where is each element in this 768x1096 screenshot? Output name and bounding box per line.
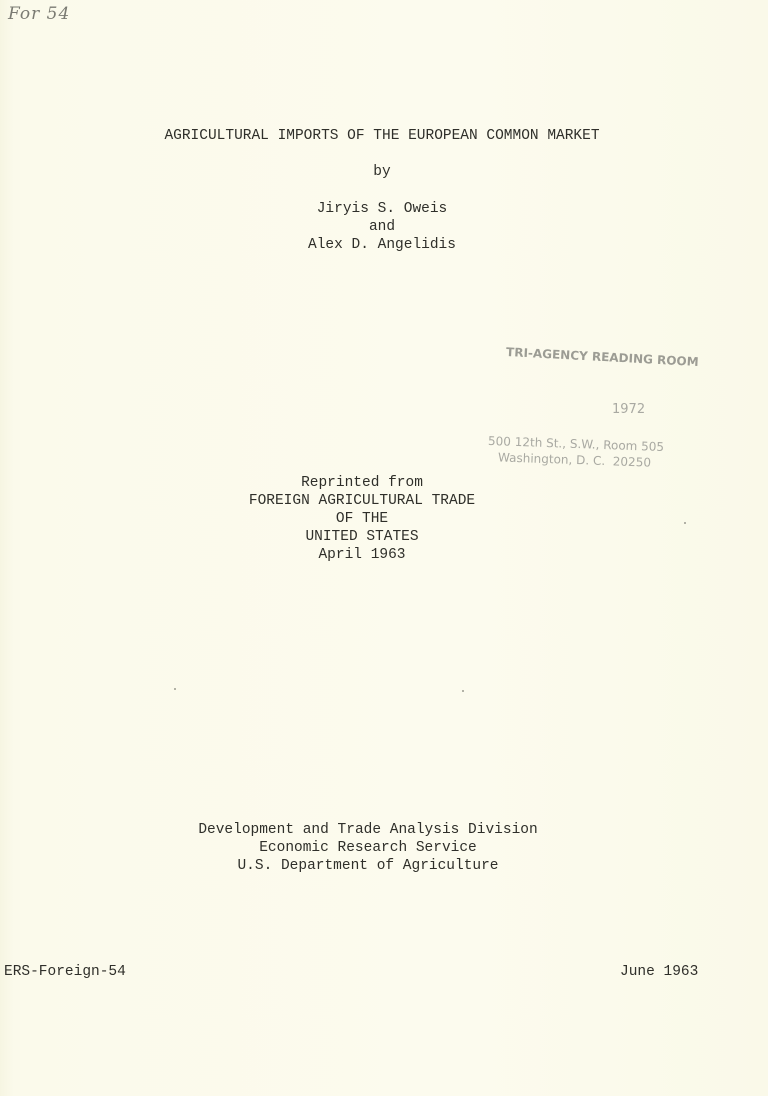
author-2: Alex D. Angelidis bbox=[0, 236, 766, 254]
document-page: For 54 AGRICULTURAL IMPORTS OF THE EUROP… bbox=[0, 0, 768, 1096]
author-1: Jiryis S. Oweis bbox=[0, 200, 766, 218]
library-stamp-line-4: Washington, D. C. 20250 bbox=[498, 450, 651, 469]
reprint-line-1: Reprinted from bbox=[0, 474, 746, 492]
library-stamp-line-1: TRI-AGENCY READING ROOM bbox=[506, 345, 699, 369]
agency-department: U.S. Department of Agriculture bbox=[0, 857, 752, 875]
reprint-line-4: UNITED STATES bbox=[0, 528, 746, 546]
reprint-journal: FOREIGN AGRICULTURAL TRADE bbox=[0, 492, 746, 510]
handwritten-annotation: For 54 bbox=[8, 4, 70, 24]
paper-speck bbox=[174, 688, 176, 690]
reprint-line-3: OF THE bbox=[0, 510, 746, 528]
document-title: AGRICULTURAL IMPORTS OF THE EUROPEAN COM… bbox=[0, 127, 766, 145]
author-conjunction: and bbox=[0, 218, 766, 236]
by-line: by bbox=[0, 163, 766, 181]
publication-date: June 1963 bbox=[620, 964, 698, 980]
library-stamp-line-2: 1972 bbox=[612, 402, 645, 417]
paper-speck bbox=[462, 690, 464, 692]
reprint-date: April 1963 bbox=[0, 546, 746, 564]
paper-speck bbox=[684, 522, 686, 524]
agency-service: Economic Research Service bbox=[0, 839, 752, 857]
agency-division: Development and Trade Analysis Division bbox=[0, 821, 752, 839]
report-number: ERS-Foreign-54 bbox=[4, 964, 126, 980]
